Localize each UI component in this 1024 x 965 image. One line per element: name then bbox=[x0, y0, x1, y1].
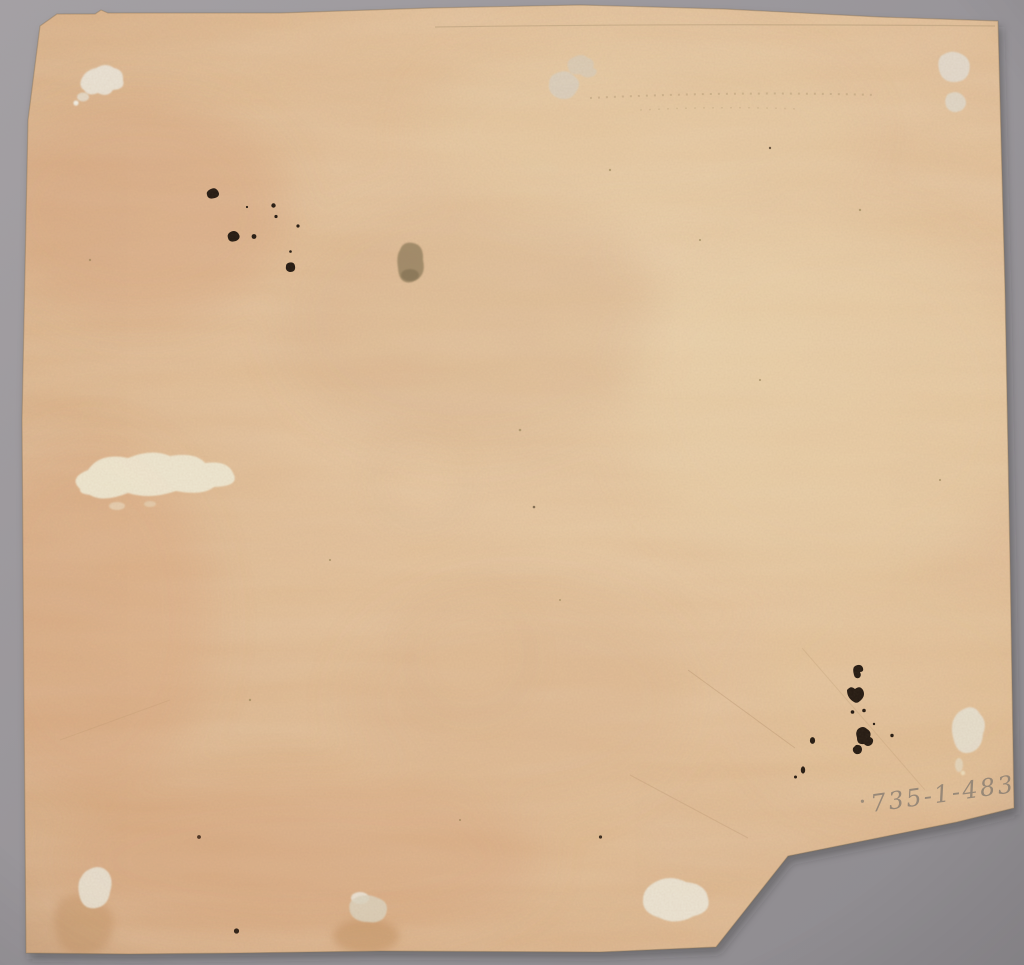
aged-paper-photo: 735-1-4830 bbox=[0, 0, 1024, 965]
vignette-overlay bbox=[0, 0, 1024, 965]
photo-stage: 735-1-4830 bbox=[0, 0, 1024, 965]
